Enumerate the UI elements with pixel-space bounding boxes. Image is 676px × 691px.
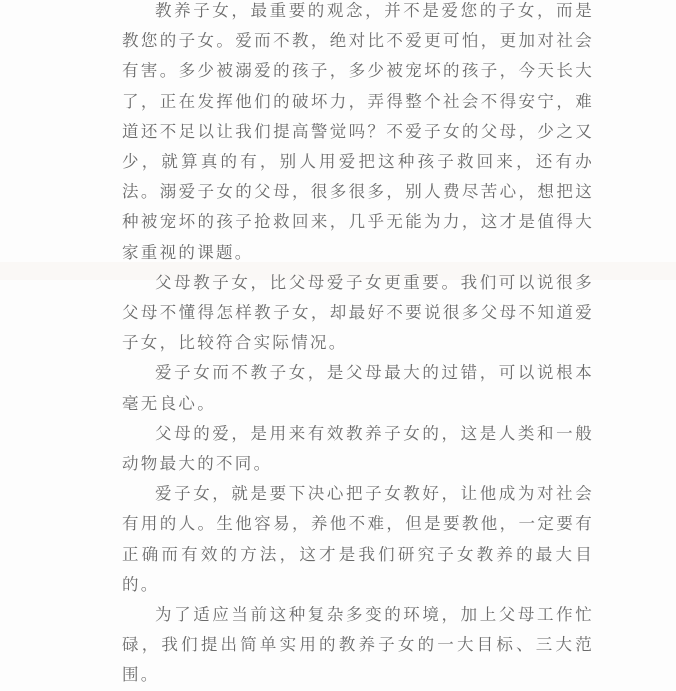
paragraph-2: 父母教子女，比父母爱子女更重要。我们可以说很多父母不懂得怎样教子女，却最好不要说… [122,268,594,359]
paragraph-3: 爱子女而不教子女，是父母最大的过错，可以说根本毫无良心。 [122,358,594,418]
paragraph-4: 父母的爱，是用来有效教养子女的，这是人类和一般动物最大的不同。 [122,419,594,479]
document-body: 教养子女，最重要的观念，并不是爱您的子女，而是教您的子女。爱而不教，绝对比不爱更… [122,0,594,508]
paragraph-5: 爱子女，就是要下决心把子女教好，让他成为对社会有用的人。生他容易，养他不难，但是… [122,479,594,508]
paragraph-1: 教养子女，最重要的观念，并不是爱您的子女，而是教您的子女。爱而不教，绝对比不爱更… [122,0,594,268]
